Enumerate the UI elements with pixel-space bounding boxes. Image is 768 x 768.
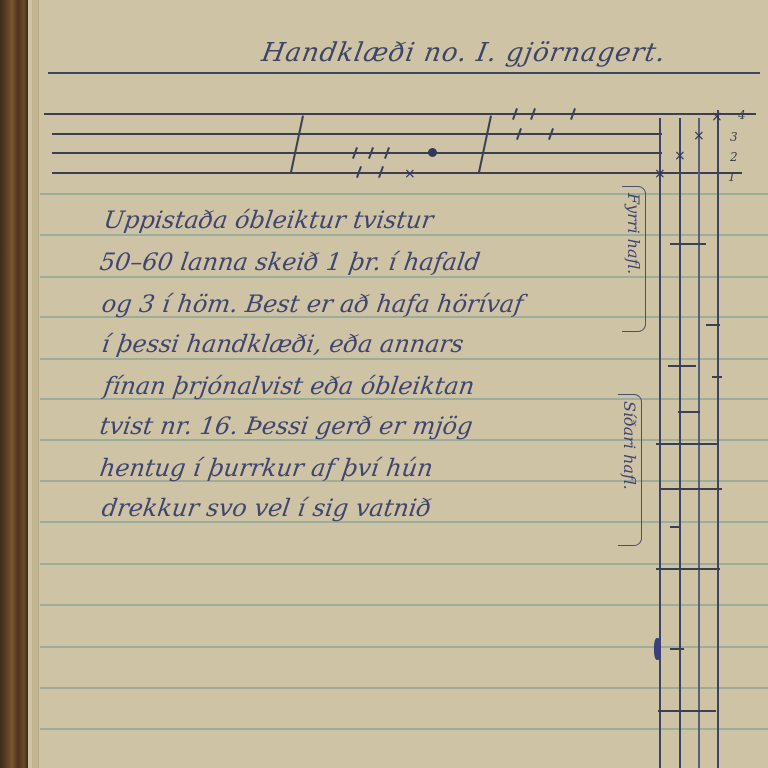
page-title: Handklæði no. I. gjörnagert. bbox=[259, 38, 668, 68]
tieup-number-3: 3 bbox=[730, 130, 738, 144]
tieup-mark-1: × bbox=[654, 167, 666, 181]
body-line-3: og 3 í höm. Best er að hafa hörívaf bbox=[100, 290, 525, 318]
title-underline bbox=[48, 72, 760, 74]
body-line-1: Uppistaða óbleiktur tvistur bbox=[102, 206, 435, 234]
tieup-number-2: 2 bbox=[730, 150, 738, 164]
body-line-5: fínan þrjónalvist eða óbleiktan bbox=[102, 372, 476, 400]
body-line-4: í þessi handklæði, eða annars bbox=[100, 330, 465, 358]
body-line-6: tvist nr. 16. Þessi gerð er mjög bbox=[98, 412, 475, 440]
tieup-number-4: 4 bbox=[738, 108, 746, 122]
body-line-8: drekkur svo vel í sig vatnið bbox=[100, 494, 433, 522]
page-margin bbox=[32, 0, 39, 768]
tieup-mark-2: × bbox=[674, 149, 686, 163]
tieup-number-1: 1 bbox=[728, 170, 736, 184]
body-line-2: 50–60 lanna skeið 1 þr. í hafald bbox=[98, 248, 482, 276]
side-label-first-treadling: Fyrri hafl. bbox=[622, 186, 646, 332]
side-label-second-treadling: Síðari hafl. bbox=[618, 394, 642, 546]
draft-dot bbox=[428, 148, 437, 157]
tieup-mark-4: × bbox=[711, 110, 723, 124]
tieup-mark-3: × bbox=[693, 129, 705, 143]
body-line-7: hentug í þurrkur af því hún bbox=[98, 454, 435, 482]
notebook-binding bbox=[0, 0, 28, 768]
